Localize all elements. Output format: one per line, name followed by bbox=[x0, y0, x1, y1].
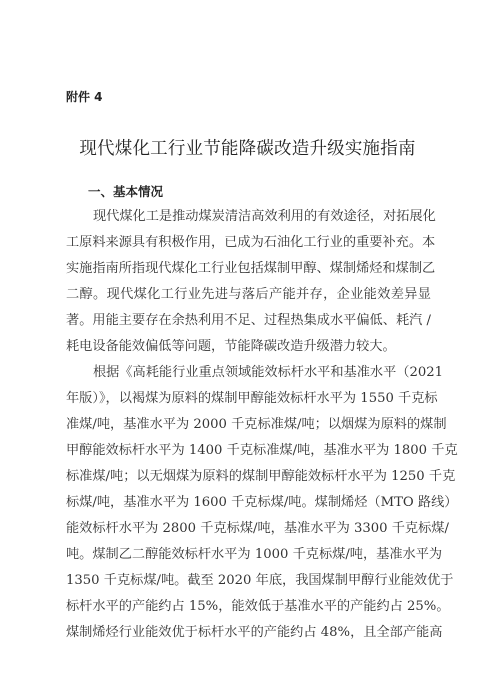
text-line: 能效标杆水平为 2800 千克标煤/吨，基准水平为 3300 千克标煤/ bbox=[66, 516, 431, 542]
text-line: 耗电设备能效偏低等问题，节能降碳改造升级潜力较大。 bbox=[66, 334, 431, 360]
text-line: 工原料来源具有积极作用，已成为石油化工行业的重要补充。本 bbox=[66, 230, 431, 256]
text-line: 年版）》，以褐煤为原料的煤制甲醇能效标杆水平为 1550 千克标 bbox=[66, 386, 431, 412]
text-line: 准煤/吨，基准水平为 2000 千克标准煤/吨；以烟煤为原料的煤制 bbox=[66, 412, 431, 438]
document-title: 现代煤化工行业节能降碳改造升级实施指南 bbox=[0, 135, 495, 160]
text-line: 实施指南所指现代煤化工行业包括煤制甲醇、煤制烯烃和煤制乙 bbox=[66, 256, 431, 282]
text-line: 煤制烯烃行业能效优于标杆水平的产能约占 48%，且全部产能高 bbox=[66, 620, 431, 646]
text-line: 二醇。现代煤化工行业先进与落后产能并存，企业能效差异显 bbox=[66, 282, 431, 308]
text-line: 标杆水平的产能约占 15%，能效低于基准水平的产能约占 25%。 bbox=[66, 594, 431, 620]
text-line: 著。用能主要存在余热利用不足、过程热集成水平偏低、耗汽 / bbox=[66, 308, 431, 334]
text-line: 甲醇能效标杆水平为 1400 千克标准煤/吨，基准水平为 1800 千克 bbox=[66, 438, 431, 464]
section-heading: 一、基本情况 bbox=[88, 182, 163, 200]
paragraph-2: 根据《高耗能行业重点领域能效标杆水平和基准水平（2021 年版）》，以褐煤为原料… bbox=[66, 360, 431, 646]
text-line: 1350 千克标煤/吨。截至 2020 年底，我国煤制甲醇行业能效优于 bbox=[66, 568, 431, 594]
attachment-label: 附件 4 bbox=[66, 88, 103, 105]
text-line: 根据《高耗能行业重点领域能效标杆水平和基准水平（2021 bbox=[66, 360, 431, 386]
body-text: 现代煤化工是推动煤炭清洁高效利用的有效途径，对拓展化 工原料来源具有积极作用，已… bbox=[66, 204, 431, 646]
text-line: 标煤/吨，基准水平为 1600 千克标煤/吨。煤制烯烃（MTO 路线） bbox=[66, 490, 431, 516]
text-line: 现代煤化工是推动煤炭清洁高效利用的有效途径，对拓展化 bbox=[66, 204, 431, 230]
text-line: 吨。煤制乙二醇能效标杆水平为 1000 千克标煤/吨，基准水平为 bbox=[66, 542, 431, 568]
document-page: 附件 4 现代煤化工行业节能降碳改造升级实施指南 一、基本情况 现代煤化工是推动… bbox=[0, 0, 495, 700]
text-line: 标准煤/吨；以无烟煤为原料的煤制甲醇能效标杆水平为 1250 千克 bbox=[66, 464, 431, 490]
paragraph-1: 现代煤化工是推动煤炭清洁高效利用的有效途径，对拓展化 工原料来源具有积极作用，已… bbox=[66, 204, 431, 360]
